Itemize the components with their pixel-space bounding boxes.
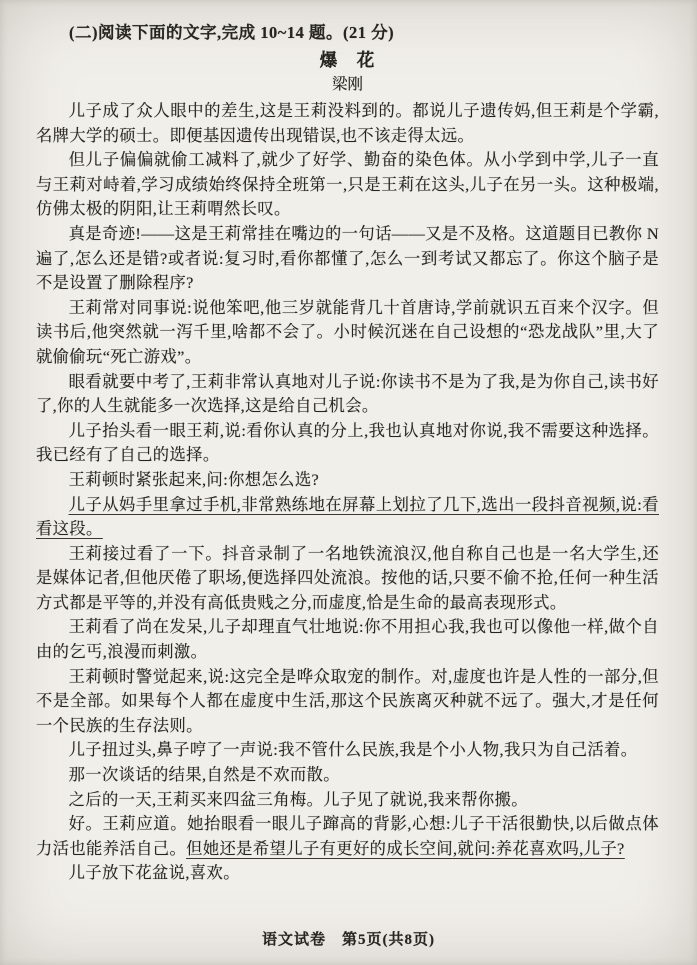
sentence: 儿子成了众人眼中的差生,这是王莉没料到的。都说儿子遗传妈,但王莉是个学霸,名牌大…	[36, 101, 659, 145]
paragraph: 那一次谈话的结果,自然是不欢而散。	[36, 763, 659, 788]
paragraph: 但儿子偏偏就偷工减料了,就少了好学、勤奋的染色体。从小学到中学,儿子一直与王莉对…	[36, 148, 659, 222]
paragraph: 儿子从妈手里拿过手机,非常熟练地在屏幕上划拉了几下,选出一段抖音视频,说:看看这…	[36, 493, 659, 542]
sentence: 儿子扭过头,鼻子哼了一声说:我不管什么民族,我是个小人物,我只为自己活着。	[69, 740, 638, 759]
sentence: 王莉看了尚在发呆,儿子却理直气壮地说:你不用担心我,我也可以像他一样,做个自由的…	[36, 617, 659, 661]
passage-title: 爆 花	[36, 47, 659, 73]
sentence: 之后的一天,王莉买来四盆三角梅。儿子见了就说,我来帮你搬。	[69, 790, 528, 809]
paragraph: 王莉顿时紧张起来,问:你想怎么选?	[36, 468, 659, 493]
sentence: 儿子抬头看一眼王莉,说:看你认真的分上,我也认真地对你说,我不需要这种选择。我已…	[36, 421, 659, 465]
sentence: 王莉接过看了一下。抖音录制了一名地铁流浪汉,他自称自己也是一名大学生,还是媒体记…	[36, 544, 659, 612]
sentence: 王莉顿时警觉起来,说:这完全是哗众取宠的制作。对,虚度也许是人性的一部分,但不是…	[36, 667, 659, 735]
passage-author: 梁刚	[36, 73, 659, 97]
sentence: 眼看就要中考了,王莉非常认真地对儿子说:你读书不是为了我,是为你自己,读书好了,…	[36, 372, 659, 416]
paragraph: 王莉常对同事说:说他笨吧,他三岁就能背几十首唐诗,学前就识五百来个汉字。但读书后…	[36, 296, 659, 370]
page-footer: 语文试卷 第5页(共8页)	[0, 928, 697, 949]
paragraph: 王莉看了尚在发呆,儿子却理直气壮地说:你不用担心我,我也可以像他一样,做个自由的…	[36, 615, 659, 664]
sentence: 真是奇迹!——这是王莉常挂在嘴边的一句话——又是不及格。这道题目已教你 N 遍了…	[36, 224, 659, 292]
paragraph: 儿子抬头看一眼王莉,说:看你认真的分上,我也认真地对你说,我不需要这种选择。我已…	[36, 419, 659, 468]
paragraph: 王莉顿时警觉起来,说:这完全是哗众取宠的制作。对,虚度也许是人性的一部分,但不是…	[36, 665, 659, 739]
paragraph: 眼看就要中考了,王莉非常认真地对儿子说:你读书不是为了我,是为你自己,读书好了,…	[36, 370, 659, 419]
paragraph: 王莉接过看了一下。抖音录制了一名地铁流浪汉,他自称自己也是一名大学生,还是媒体记…	[36, 542, 659, 616]
section-header: (二)阅读下面的文字,完成 10~14 题。(21 分)	[36, 20, 659, 45]
underlined-sentence: 但她还是希望儿子有更好的成长空间,就问:养花喜欢吗,儿子?	[186, 839, 625, 858]
sentence: 王莉常对同事说:说他笨吧,他三岁就能背几十首唐诗,学前就识五百来个汉字。但读书后…	[36, 298, 659, 366]
paragraph: 儿子扭过头,鼻子哼了一声说:我不管什么民族,我是个小人物,我只为自己活着。	[36, 738, 659, 763]
paragraph: 儿子放下花盆说,喜欢。	[36, 861, 659, 886]
paragraph: 儿子成了众人眼中的差生,这是王莉没料到的。都说儿子遗传妈,但王莉是个学霸,名牌大…	[36, 99, 659, 148]
sentence: 儿子放下花盆说,喜欢。	[69, 863, 240, 882]
sentence: 王莉顿时紧张起来,问:你想怎么选?	[69, 470, 320, 489]
underlined-sentence: 儿子从妈手里拿过手机,非常熟练地在屏幕上划拉了几下,选出一段抖音视频,说:看看这…	[36, 495, 659, 539]
exam-page: (二)阅读下面的文字,完成 10~14 题。(21 分) 爆 花 梁刚 儿子成了…	[0, 0, 697, 965]
paragraph: 好。王莉应道。她抬眼看一眼儿子蹿高的背影,心想:儿子干活很勤快,以后做点体力活也…	[36, 812, 659, 861]
sentence: 那一次谈话的结果,自然是不欢而散。	[69, 765, 340, 784]
paragraph: 之后的一天,王莉买来四盆三角梅。儿子见了就说,我来帮你搬。	[36, 788, 659, 813]
paragraph: 真是奇迹!——这是王莉常挂在嘴边的一句话——又是不及格。这道题目已教你 N 遍了…	[36, 222, 659, 296]
passage-body: 儿子成了众人眼中的差生,这是王莉没料到的。都说儿子遗传妈,但王莉是个学霸,名牌大…	[36, 99, 659, 886]
sentence: 但儿子偏偏就偷工减料了,就少了好学、勤奋的染色体。从小学到中学,儿子一直与王莉对…	[36, 150, 659, 218]
